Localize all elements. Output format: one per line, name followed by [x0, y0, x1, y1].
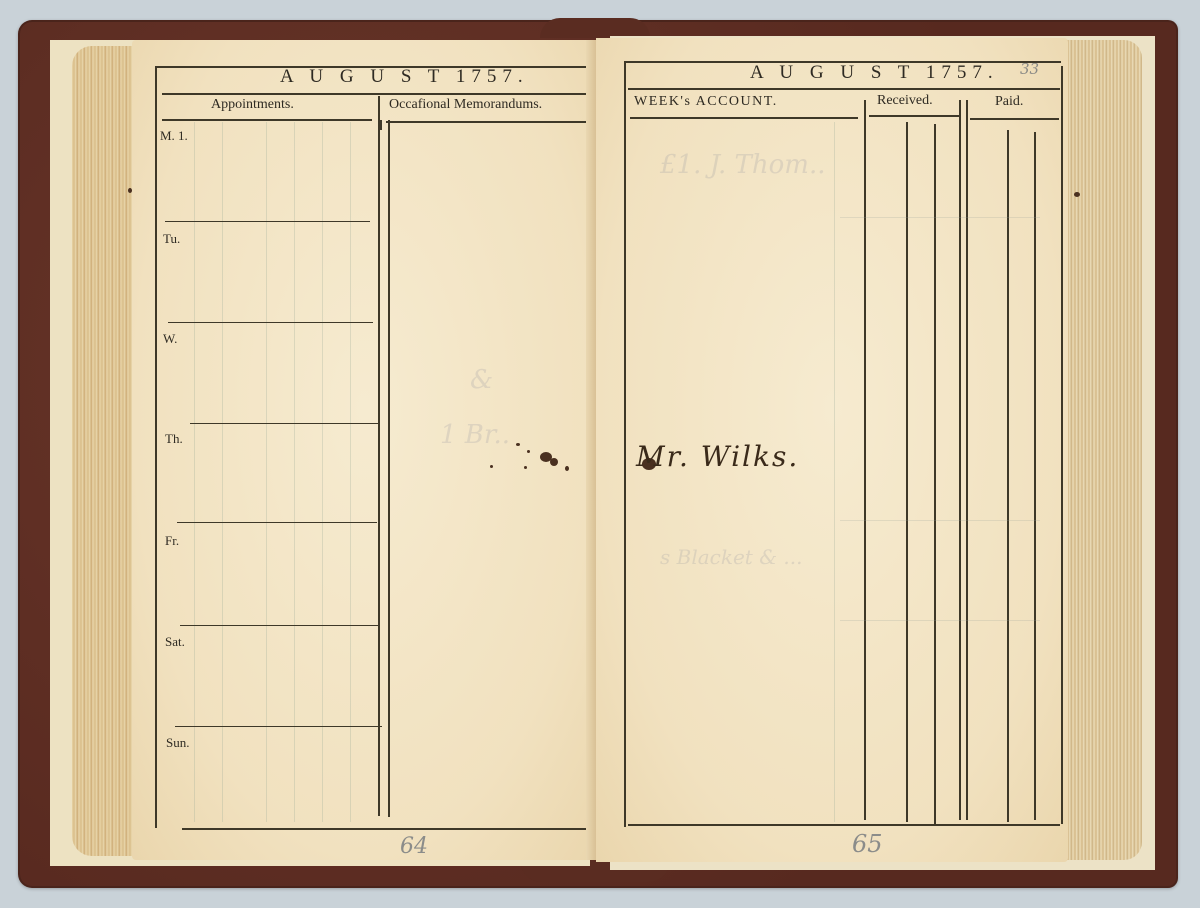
pencil-rule — [222, 122, 223, 822]
right-bottom-rule — [628, 824, 1060, 826]
account-header-rule — [630, 117, 858, 119]
received-shillings-rule — [934, 124, 936, 824]
day-sunday: Sun. — [166, 735, 189, 751]
memorandums-header-rule — [386, 121, 586, 123]
mark — [1074, 192, 1080, 197]
day-saturday: Sat. — [165, 634, 185, 650]
paid-header-rule — [970, 118, 1059, 120]
ink-blot — [524, 466, 527, 469]
ink-blot — [550, 458, 558, 466]
day-divider — [175, 726, 382, 727]
day-divider — [168, 322, 373, 323]
pencil-rule — [834, 122, 835, 822]
left-bottom-rule — [182, 828, 590, 830]
received-header-rule — [869, 115, 959, 117]
pencil-rule — [294, 122, 295, 822]
weeks-account-header: WEEK's ACCOUNT. — [634, 94, 778, 110]
right-outer-rule — [1061, 66, 1063, 824]
day-divider — [190, 423, 380, 424]
left-page-title: A U G U S T 1757. — [280, 66, 529, 88]
right-page-title: A U G U S T 1757. — [750, 62, 999, 84]
received-header: Received. — [877, 93, 933, 109]
paid-shillings-rule — [1034, 132, 1036, 820]
left-outer-rule — [155, 66, 157, 828]
day-wednesday: W. — [163, 331, 177, 347]
memorandums-header: Occafional Memorandums. — [389, 97, 542, 113]
right-title-underline — [628, 88, 1060, 90]
right-page-block-edge — [1066, 40, 1142, 860]
right-pencil-folio: 65 — [852, 830, 883, 858]
day-divider — [165, 221, 370, 222]
pencil-rule — [322, 122, 323, 822]
ink-blot — [516, 443, 520, 446]
show-through-writing: 1 Br.. — [440, 420, 510, 450]
left-title-underline — [162, 93, 588, 95]
appointments-header: Appointments. — [211, 97, 294, 113]
ink-blot — [565, 466, 569, 471]
handwritten-entry-mr-wilks: Mr. Wilks. — [636, 440, 799, 473]
show-through-writing: & — [470, 365, 493, 395]
day-divider — [177, 522, 377, 523]
pencil-rule — [840, 217, 1040, 218]
mark — [128, 188, 132, 193]
column-divider — [378, 96, 380, 816]
pencil-rule — [194, 122, 195, 822]
memorandums-left-rule — [388, 120, 390, 817]
received-left-rule — [864, 100, 866, 820]
day-divider — [180, 625, 380, 626]
ink-blot — [490, 465, 493, 468]
double-rule-a — [959, 100, 961, 820]
day-thursday: Th. — [165, 431, 183, 447]
pencil-rule — [840, 620, 1040, 621]
pencil-rule — [350, 122, 351, 822]
received-pounds-rule — [906, 122, 908, 822]
left-pencil-folio: 64 — [400, 834, 428, 859]
day-friday: Fr. — [165, 533, 179, 549]
divider-cap — [380, 120, 382, 130]
appointments-header-rule — [162, 119, 372, 121]
show-through-writing: £1. J. Thom.. — [660, 150, 825, 180]
right-inner-rule — [624, 61, 626, 827]
pencil-page-number: 33 — [1020, 60, 1039, 78]
paid-pounds-rule — [1007, 130, 1009, 822]
pencil-rule — [840, 520, 1040, 521]
show-through-writing: s Blacket & ... — [660, 545, 802, 569]
spine-top — [540, 18, 650, 38]
pencil-rule — [266, 122, 267, 822]
day-tuesday: Tu. — [163, 231, 180, 247]
day-monday: M. 1. — [160, 128, 188, 144]
double-rule-b — [966, 100, 968, 820]
paid-header: Paid. — [995, 94, 1023, 110]
ink-blot — [527, 450, 530, 453]
